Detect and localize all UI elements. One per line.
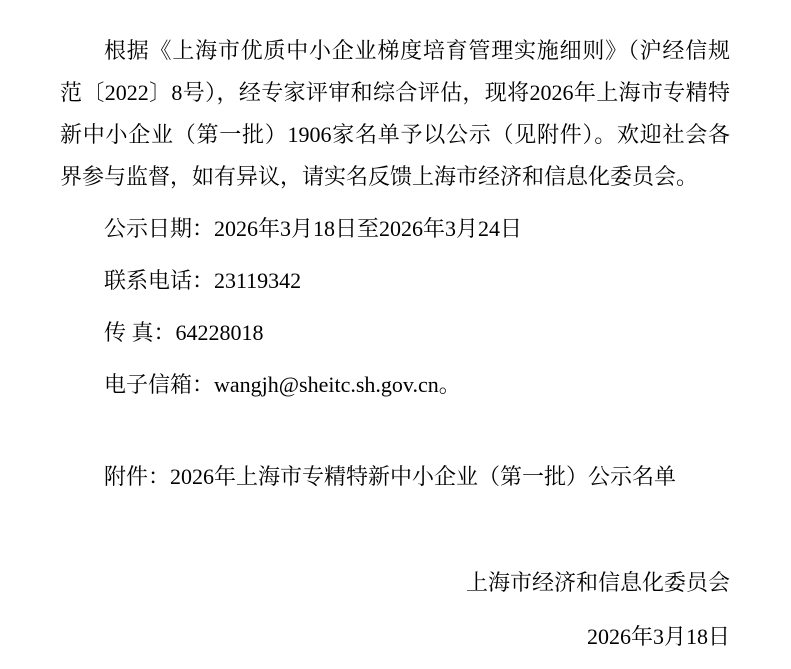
issuer-signature: 上海市经济和信息化委员会	[60, 562, 730, 604]
contact-phone-line: 联系电话：23119342	[60, 260, 730, 302]
announcement-document: 根据《上海市优质中小企业梯度培育管理实施细则》（沪经信规范〔2022〕8号），经…	[0, 0, 791, 669]
fax-line: 传 真：64228018	[60, 312, 730, 354]
publicity-period-line: 公示日期：2026年3月18日至2026年3月24日	[60, 208, 730, 250]
intro-paragraph: 根据《上海市优质中小企业梯度培育管理实施细则》（沪经信规范〔2022〕8号），经…	[60, 30, 730, 198]
attachment-line: 附件：2026年上海市专精特新中小企业（第一批）公示名单	[60, 456, 730, 498]
issue-date: 2026年3月18日	[60, 616, 730, 658]
email-line: 电子信箱：wangjh@sheitc.sh.gov.cn。	[60, 364, 730, 406]
